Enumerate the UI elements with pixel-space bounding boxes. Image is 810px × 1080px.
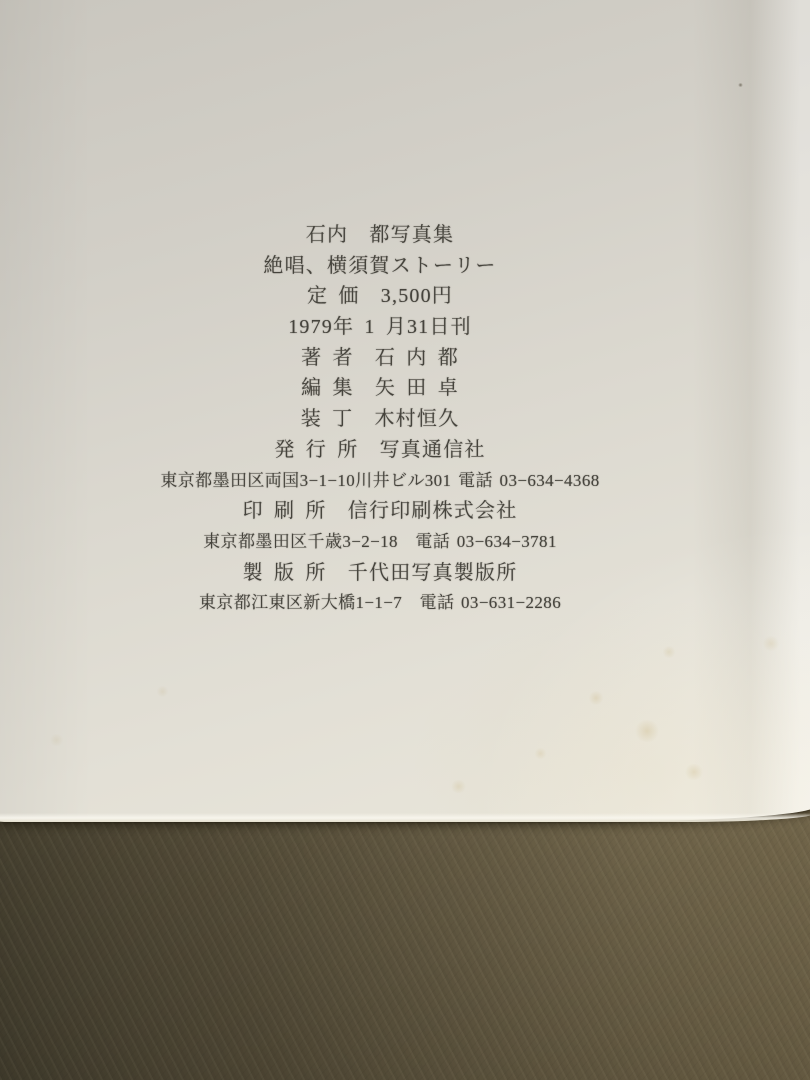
colophon-text-block: 石内 都写真集 絶唱、横須賀ストーリー 定 価 3,500円 1979年 1 月… (0, 220, 766, 619)
plate-maker-address-line: 東京都江東区新大橋1−1−7 電話 03−631−2286 (0, 588, 766, 619)
publisher-line: 発 行 所 写真通信社 (0, 435, 766, 466)
book-page: 石内 都写真集 絶唱、横須賀ストーリー 定 価 3,500円 1979年 1 月… (0, 0, 810, 822)
dust-speck (738, 83, 743, 87)
stain-spot (588, 691, 604, 705)
designer-line: 装 丁 木村恒久 (0, 404, 766, 435)
stain-spot (662, 646, 676, 658)
stain-spot (684, 764, 704, 780)
editor-line: 編 集 矢 田 卓 (0, 373, 766, 404)
author-line: 著 者 石 内 都 (0, 343, 766, 374)
book-title-line: 石内 都写真集 (0, 220, 766, 251)
printer-address-line: 東京都墨田区千歳3−2−18 電話 03−634−3781 (0, 527, 766, 558)
printer-line: 印 刷 所 信行印刷株式会社 (0, 496, 766, 527)
stain-spot (450, 780, 467, 793)
stain-spot (49, 734, 64, 746)
stain-spot (534, 748, 547, 759)
book-subtitle-line: 絶唱、横須賀ストーリー (0, 251, 766, 282)
stain-spot (156, 686, 169, 697)
stain-spot (634, 720, 660, 742)
publisher-address-line: 東京都墨田区両国3−1−10川井ビル301 電話 03−634−4368 (0, 466, 766, 497)
plate-maker-line: 製 版 所 千代田写真製版所 (0, 558, 766, 589)
stain-spot (762, 636, 780, 651)
photo-of-book-colophon: 石内 都写真集 絶唱、横須賀ストーリー 定 価 3,500円 1979年 1 月… (0, 0, 810, 1080)
price-line: 定 価 3,500円 (0, 281, 766, 312)
publication-date-line: 1979年 1 月31日刊 (0, 312, 766, 343)
